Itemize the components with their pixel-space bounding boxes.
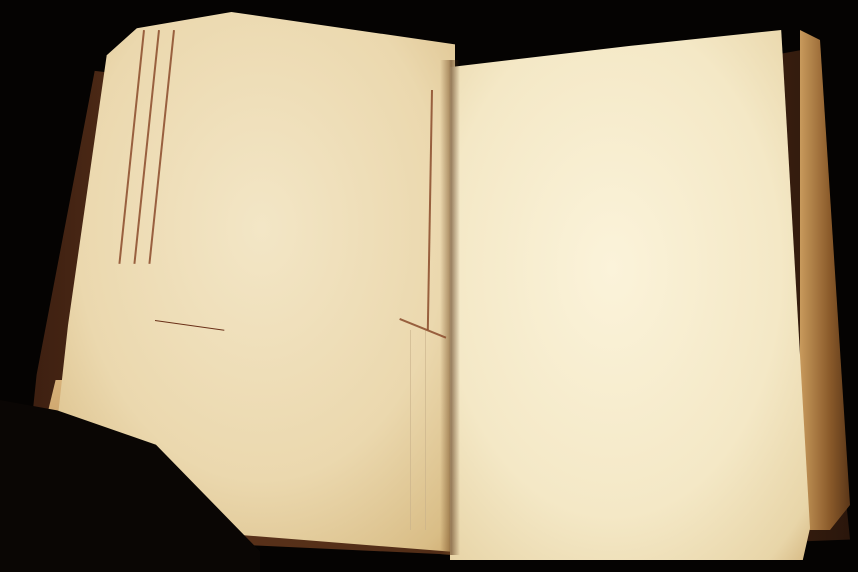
page-edges-right [800,30,850,530]
photo-scene [0,0,858,572]
book-gutter [440,60,460,555]
faint-rule-a [410,330,411,530]
faint-rule-b [425,330,426,530]
right-page [450,30,810,560]
